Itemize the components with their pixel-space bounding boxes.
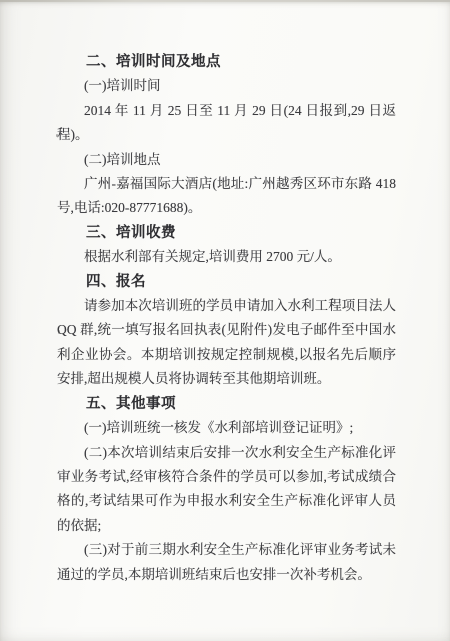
- section-heading: 三、培训收费: [57, 221, 396, 245]
- scan-speck: [176, 470, 177, 472]
- paragraph: 请参加本次培训班的学员申请加入水利工程项目法人 QQ 群,统一填写报名回执表(见…: [57, 294, 396, 392]
- paragraph: 广州-嘉福国际大酒店(地址:广州越秀区环市东路 418 号,电话:020-877…: [57, 172, 396, 221]
- section-heading: 五、其他事项: [57, 392, 396, 416]
- paragraph: (一)培训时间: [57, 74, 396, 98]
- document-page: 二、培训时间及地点(一)培训时间2014 年 11 月 25 日至 11 月 2…: [0, 0, 450, 641]
- section-heading: 二、培训时间及地点: [57, 50, 396, 74]
- paragraph: (二)本次培训结束后安排一次水利安全生产标准化评审业务考试,经审核符合条件的学员…: [57, 441, 396, 539]
- paragraph: (一)培训班统一核发《水利部培训登记证明》;: [57, 416, 396, 440]
- paragraph: (三)对于前三期水利安全生产标准化评审业务考试未通过的学员,本期培训班结束后也安…: [57, 538, 396, 587]
- scan-speck: [58, 330, 60, 334]
- section-heading: 四、报名: [57, 270, 396, 294]
- paragraph: 根据水利部有关规定,培训费用 2700 元/人。: [57, 245, 396, 269]
- scan-speck: [56, 134, 58, 137]
- document-content: 二、培训时间及地点(一)培训时间2014 年 11 月 25 日至 11 月 2…: [57, 50, 396, 587]
- paragraph: 2014 年 11 月 25 日至 11 月 29 日(24 日报到,29 日返…: [57, 99, 396, 148]
- paragraph: (二)培训地点: [57, 148, 396, 172]
- scan-top-edge: [0, 0, 450, 2]
